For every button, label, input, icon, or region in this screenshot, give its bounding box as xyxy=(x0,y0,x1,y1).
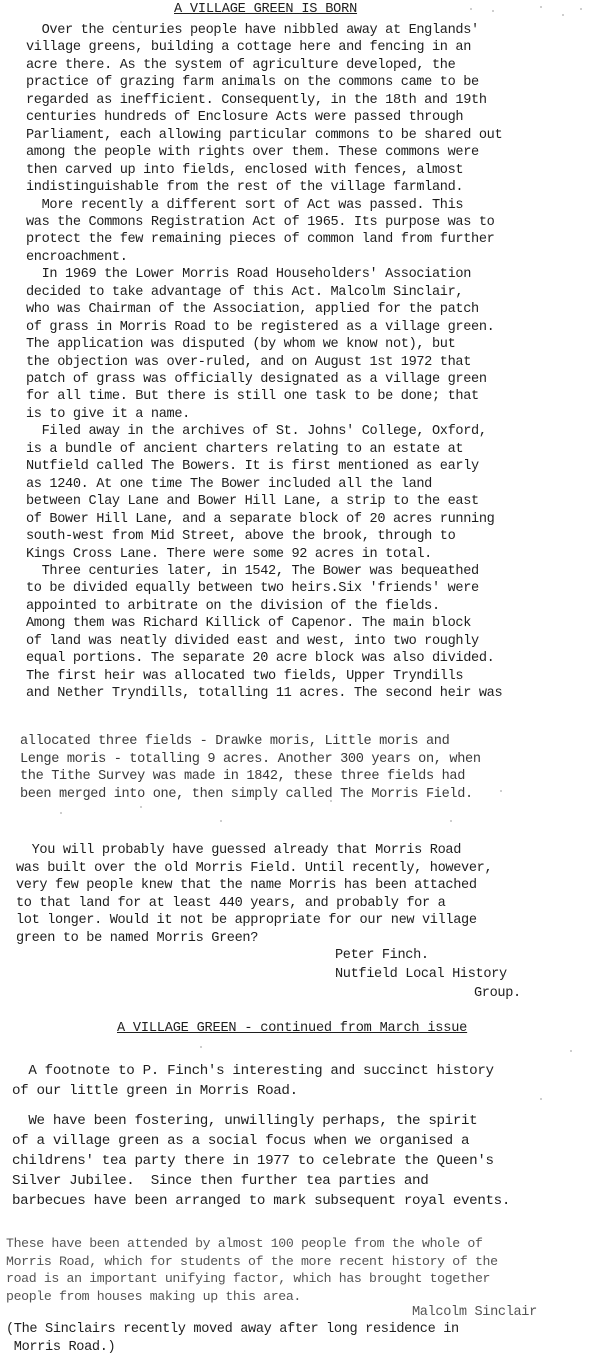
text-line: south-west from Mid Street, above the br… xyxy=(26,528,455,545)
text-line: Morris Road, which for students of the m… xyxy=(6,1253,498,1270)
scan-speck xyxy=(300,26,302,28)
text-line: Morris Road.) xyxy=(6,1339,115,1356)
text-line: protect the few remaining pieces of comm… xyxy=(26,231,494,248)
scan-speck xyxy=(580,8,582,10)
text-line: These have been attended by almost 100 p… xyxy=(6,1235,483,1252)
text-line: Over the centuries people have nibbled a… xyxy=(26,22,479,39)
text-line: encroachment. xyxy=(26,249,128,266)
text-line: been merged into one, then simply called… xyxy=(20,786,473,803)
text-line: barbecues have been arranged to mark sub… xyxy=(12,1193,510,1210)
scan-speck xyxy=(500,790,502,792)
scanned-newsletter-page: A VILLAGE GREEN IS BORN Over the centuri… xyxy=(0,0,600,1363)
text-line: appointed to arbitrate on the division o… xyxy=(26,598,440,615)
text-line: (The Sinclairs recently moved away after… xyxy=(6,1321,459,1338)
scan-speck xyxy=(470,8,472,10)
text-line: Three centuries later, in 1542, The Bowe… xyxy=(26,563,479,580)
text-line: centuries hundreds of Enclosure Acts wer… xyxy=(26,109,463,126)
scan-speck xyxy=(330,800,332,802)
text-line: indistinguishable from the rest of the v… xyxy=(26,179,463,196)
text-line: Filed away in the archives of St. Johns'… xyxy=(26,423,487,440)
text-line: We have been fostering, unwillingly perh… xyxy=(12,1113,477,1130)
text-line: is a bundle of ancient charters relating… xyxy=(26,441,463,458)
scan-speck xyxy=(200,1046,202,1048)
text-line: childrens' tea party there in 1977 to ce… xyxy=(12,1153,494,1170)
scan-speck xyxy=(570,1050,572,1052)
text-line: of grass in Morris Road to be registered… xyxy=(26,319,494,336)
text-line: The first heir was allocated two fields,… xyxy=(26,668,463,685)
text-line: is to give it a name. xyxy=(26,406,190,423)
text-line: decided to take advantage of this Act. M… xyxy=(26,284,463,301)
text-line: of a village green as a social focus whe… xyxy=(12,1133,469,1150)
text-line: the Tithe Survey was made in 1842, these… xyxy=(20,768,465,785)
author-organisation: Nutfield Local History xyxy=(335,966,507,983)
scan-speck xyxy=(450,820,452,822)
author-name: Peter Finch. xyxy=(335,947,429,964)
text-line: Parliament, each allowing particular com… xyxy=(26,127,502,144)
text-line: as 1240. At one time The Bower included … xyxy=(26,476,432,493)
text-line: More recently a different sort of Act wa… xyxy=(26,197,463,214)
text-line: regarded as inefficient. Consequently, i… xyxy=(26,92,487,109)
text-line: The application was disputed (by whom we… xyxy=(26,336,455,353)
text-line: who was Chairman of the Association, app… xyxy=(26,301,479,318)
author-organisation-cont: Group. xyxy=(474,985,521,1002)
text-line: acre there. As the system of agriculture… xyxy=(26,57,455,74)
text-line: road is an important unifying factor, wh… xyxy=(6,1270,490,1287)
text-line: In 1969 the Lower Morris Road Householde… xyxy=(26,266,471,283)
text-line: village greens, building a cottage here … xyxy=(26,39,471,56)
text-line: was the Commons Registration Act of 1965… xyxy=(26,214,494,231)
text-line: to be divided equally between two heirs.… xyxy=(26,580,479,597)
text-line: Silver Jubilee. Since then further tea p… xyxy=(12,1173,428,1190)
text-line: among the people with rights over them. … xyxy=(26,144,479,161)
text-line: Nutfield called The Bowers. It is first … xyxy=(26,458,479,475)
text-line: of our little green in Morris Road. xyxy=(12,1083,298,1100)
text-line: Lenge moris - totalling 9 acres. Another… xyxy=(20,751,481,768)
scan-speck xyxy=(540,6,542,8)
scan-speck xyxy=(140,806,142,808)
text-line: was built over the old Morris Field. Unt… xyxy=(16,860,492,877)
second-article-title: A VILLAGE GREEN - continued from March i… xyxy=(117,1021,467,1036)
scan-speck xyxy=(540,1098,542,1100)
scan-speck xyxy=(492,10,494,12)
scan-speck xyxy=(220,820,222,822)
text-line: people from houses making up this area. xyxy=(6,1288,301,1305)
scan-speck xyxy=(120,21,122,23)
text-line: practice of grazing farm animals on the … xyxy=(26,74,479,91)
text-line: of land was neatly divided east and west… xyxy=(26,633,479,650)
text-line: A footnote to P. Finch's interesting and… xyxy=(12,1063,494,1080)
article-title: A VILLAGE GREEN IS BORN xyxy=(174,2,357,17)
text-line: and Nether Tryndills, totalling 11 acres… xyxy=(26,685,502,702)
text-line: lot longer. Would it not be appropriate … xyxy=(16,912,477,929)
text-line: to that land for at least 440 years, and… xyxy=(16,895,445,912)
text-line: for all time. But there is still one tas… xyxy=(26,388,479,405)
text-line: Kings Cross Lane. There were some 92 acr… xyxy=(26,546,432,563)
text-line: green to be named Morris Green? xyxy=(16,930,258,947)
text-line: of Bower Hill Lane, and a separate block… xyxy=(26,511,494,528)
text-line: very few people knew that the name Morri… xyxy=(16,877,477,894)
text-line: You will probably have guessed already t… xyxy=(16,842,461,859)
text-line: the objection was over-ruled, and on Aug… xyxy=(26,354,471,371)
text-line: between Clay Lane and Bower Hill Lane, a… xyxy=(26,493,479,510)
text-line: then carved up into fields, enclosed wit… xyxy=(26,162,463,179)
scan-speck xyxy=(562,14,564,16)
scan-speck xyxy=(60,812,62,814)
text-line: equal portions. The separate 20 acre blo… xyxy=(26,650,494,667)
text-line: allocated three fields - Drawke moris, L… xyxy=(20,733,449,750)
text-line: Among them was Richard Killick of Capeno… xyxy=(26,615,471,632)
text-line: patch of grass was officially designated… xyxy=(26,371,487,388)
second-article-signature: Malcolm Sinclair xyxy=(412,1304,537,1321)
